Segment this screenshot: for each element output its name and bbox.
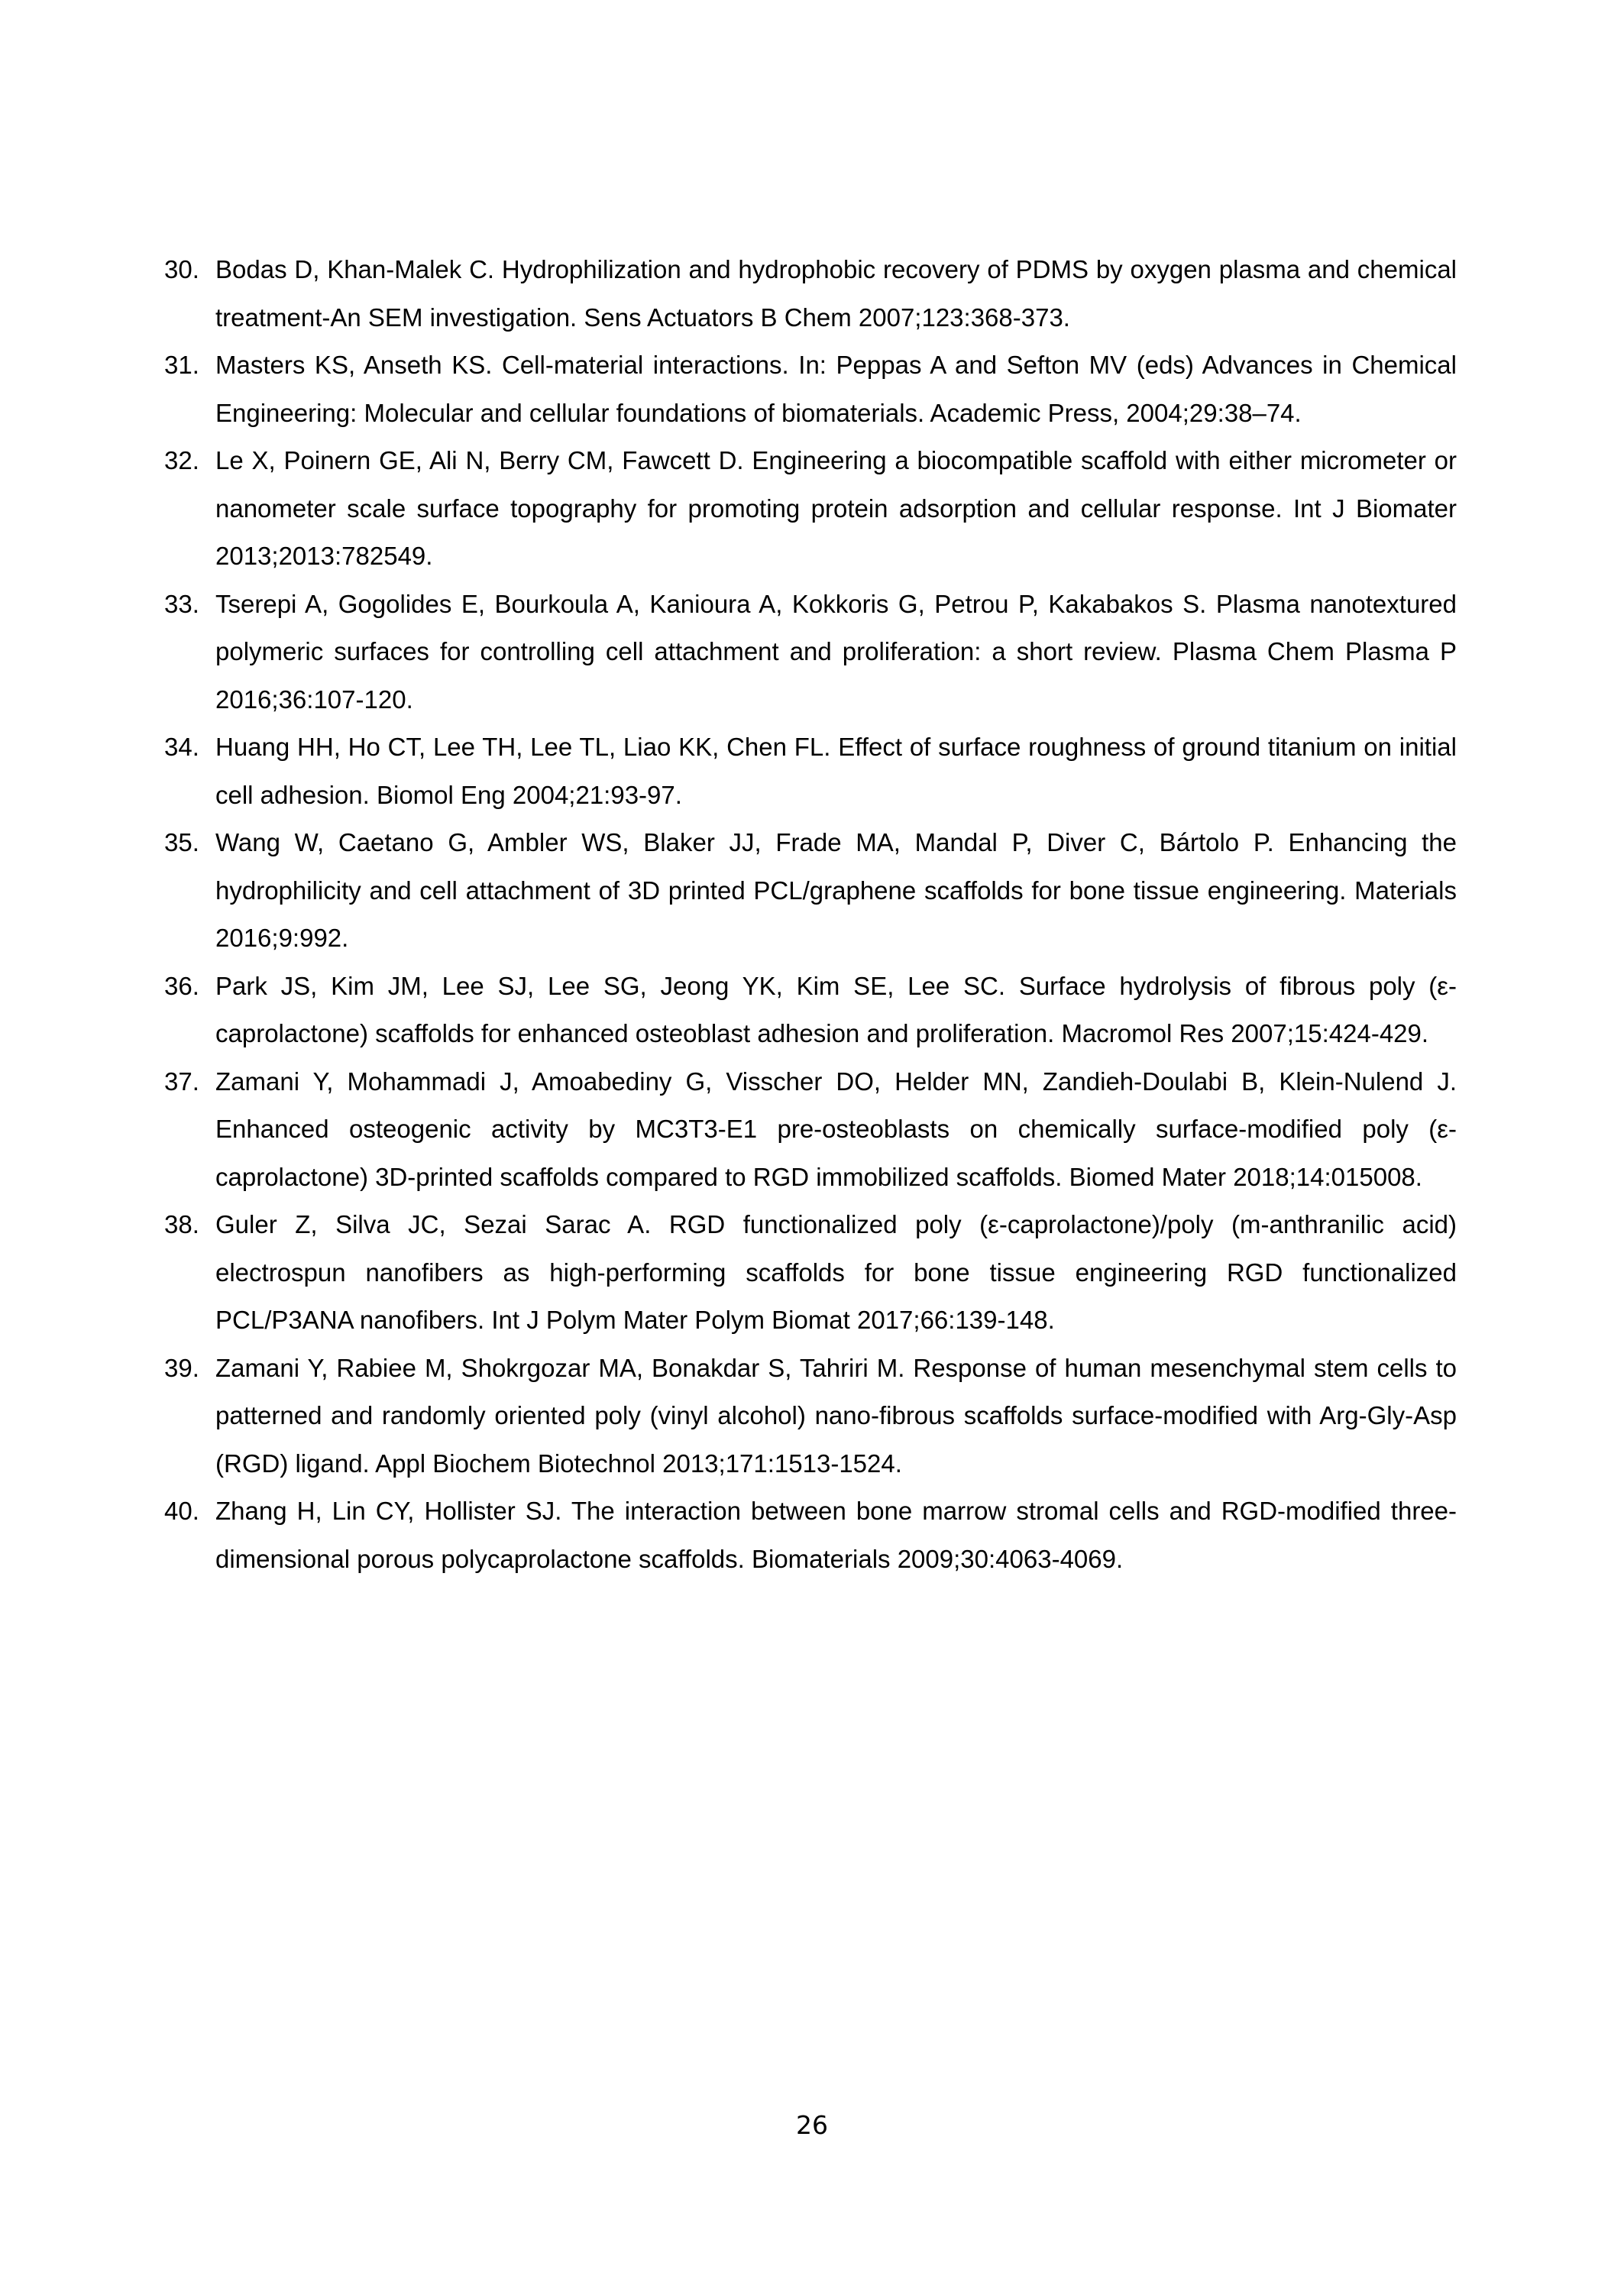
reference-item: 39. Zamani Y, Rabiee M, Shokrgozar MA, B… [164,1345,1457,1488]
reference-text: Masters KS, Anseth KS. Cell-material int… [215,342,1457,437]
reference-number: 30. [164,246,210,294]
reference-number: 40. [164,1488,210,1536]
reference-text: Tserepi A, Gogolides E, Bourkoula A, Kan… [215,581,1457,724]
reference-item: 35. Wang W, Caetano G, Ambler WS, Blaker… [164,819,1457,963]
reference-text: Park JS, Kim JM, Lee SJ, Lee SG, Jeong Y… [215,963,1457,1058]
reference-text: Le X, Poinern GE, Ali N, Berry CM, Fawce… [215,437,1457,581]
reference-number: 31. [164,342,210,390]
reference-text: Zamani Y, Rabiee M, Shokrgozar MA, Bonak… [215,1345,1457,1488]
reference-number: 37. [164,1058,210,1106]
reference-number: 33. [164,581,210,629]
page-number: 26 [0,2110,1624,2141]
reference-number: 38. [164,1201,210,1249]
reference-text: Guler Z, Silva JC, Sezai Sarac A. RGD fu… [215,1201,1457,1345]
reference-text: Wang W, Caetano G, Ambler WS, Blaker JJ,… [215,819,1457,963]
reference-number: 32. [164,437,210,485]
reference-item: 37. Zamani Y, Mohammadi J, Amoabediny G,… [164,1058,1457,1202]
reference-number: 39. [164,1345,210,1393]
reference-number: 35. [164,819,210,867]
reference-item: 38. Guler Z, Silva JC, Sezai Sarac A. RG… [164,1201,1457,1345]
reference-text: Huang HH, Ho CT, Lee TH, Lee TL, Liao KK… [215,724,1457,819]
reference-item: 34. Huang HH, Ho CT, Lee TH, Lee TL, Lia… [164,724,1457,819]
document-page: 30. Bodas D, Khan-Malek C. Hydrophilizat… [0,0,1624,2292]
reference-item: 36. Park JS, Kim JM, Lee SJ, Lee SG, Jeo… [164,963,1457,1058]
reference-number: 36. [164,963,210,1011]
reference-item: 33. Tserepi A, Gogolides E, Bourkoula A,… [164,581,1457,724]
reference-text: Bodas D, Khan-Malek C. Hydrophilization … [215,246,1457,342]
reference-list: 30. Bodas D, Khan-Malek C. Hydrophilizat… [164,246,1457,1583]
reference-item: 32. Le X, Poinern GE, Ali N, Berry CM, F… [164,437,1457,581]
reference-number: 34. [164,724,210,772]
reference-text: Zamani Y, Mohammadi J, Amoabediny G, Vis… [215,1058,1457,1202]
reference-item: 31. Masters KS, Anseth KS. Cell-material… [164,342,1457,437]
reference-item: 30. Bodas D, Khan-Malek C. Hydrophilizat… [164,246,1457,342]
reference-text: Zhang H, Lin CY, Hollister SJ. The inter… [215,1488,1457,1583]
reference-item: 40. Zhang H, Lin CY, Hollister SJ. The i… [164,1488,1457,1583]
